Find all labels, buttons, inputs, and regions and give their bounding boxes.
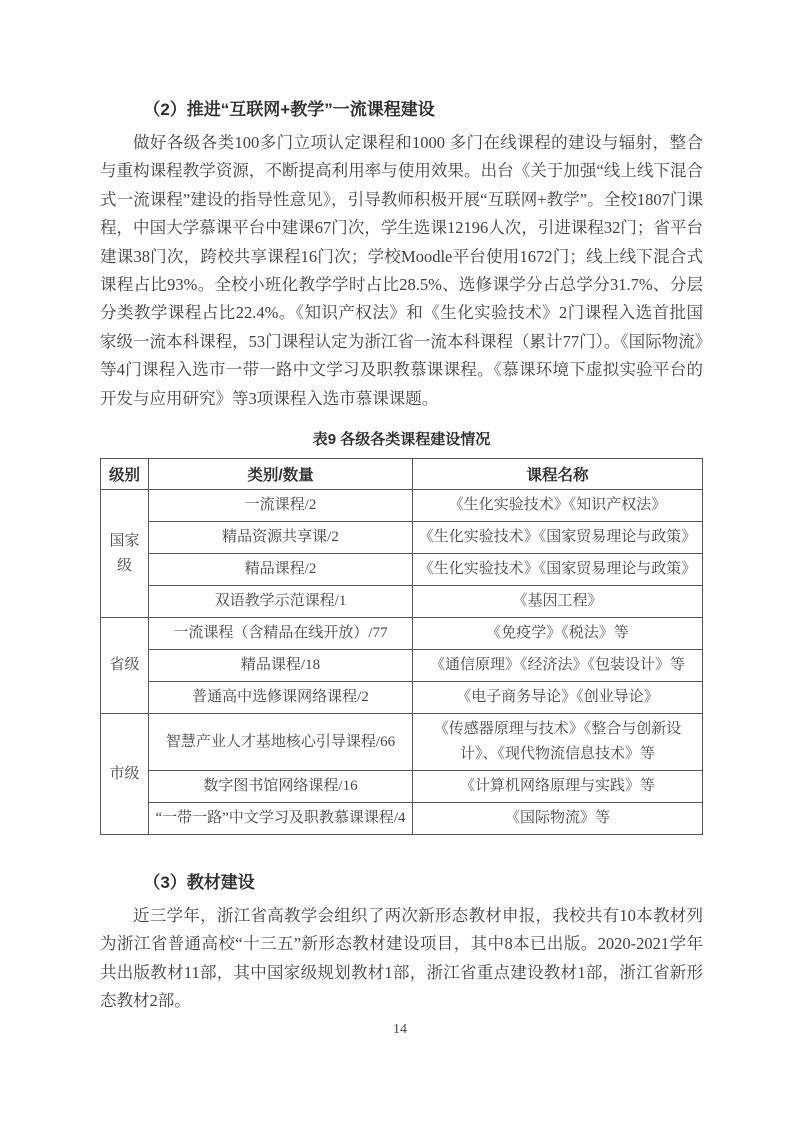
category-cell: 普通高中选修课网络课程/2 [149, 682, 413, 714]
table-row: 精品课程/2 《生化实验技术》《国家贸易理论与政策》 [101, 554, 703, 586]
section-2-paragraph: 做好各级各类100多门立项认定课程和1000 多门在线课程的建设与辐射，整合与重… [100, 129, 703, 413]
level-cell-municipal: 市级 [101, 714, 149, 835]
column-header-category: 类别/数量 [149, 459, 413, 490]
page-number: 14 [0, 1022, 800, 1038]
category-cell: 精品课程/18 [149, 650, 413, 682]
level-cell-national: 国家级 [101, 490, 149, 618]
course-cell: 《免疫学》《税法》等 [413, 618, 703, 650]
category-cell: 智慧产业人才基地核心引导课程/66 [149, 714, 413, 771]
category-cell: 一流课程（含精品在线开放）/77 [149, 618, 413, 650]
table-header-row: 级别 类别/数量 课程名称 [101, 459, 703, 490]
table-row: 数字图书馆网络课程/16 《计算机网络原理与实践》等 [101, 771, 703, 803]
table-row: 市级 智慧产业人才基地核心引导课程/66 《传感器原理与技术》《整合与创新设计》… [101, 714, 703, 771]
table-row: 双语教学示范课程/1 《基因工程》 [101, 586, 703, 618]
course-cell: 《电子商务导论》《创业导论》 [413, 682, 703, 714]
category-cell: 精品资源共享课/2 [149, 522, 413, 554]
level-cell-provincial: 省级 [101, 618, 149, 714]
course-cell: 《通信原理》《经济法》《包装设计》等 [413, 650, 703, 682]
course-cell: 《传感器原理与技术》《整合与创新设计》、《现代物流信息技术》等 [413, 714, 703, 771]
section-2-heading: （2）推进“互联网+教学”一流课程建设 [100, 96, 703, 123]
table-row: 普通高中选修课网络课程/2 《电子商务导论》《创业导论》 [101, 682, 703, 714]
table-row: “一带一路”中文学习及职教慕课课程/4 《国际物流》等 [101, 803, 703, 835]
table-row: 精品课程/18 《通信原理》《经济法》《包装设计》等 [101, 650, 703, 682]
course-cell: 《计算机网络原理与实践》等 [413, 771, 703, 803]
table-9: 级别 类别/数量 课程名称 国家级 一流课程/2 《生化实验技术》《知识产权法》… [100, 458, 703, 835]
column-header-course: 课程名称 [413, 459, 703, 490]
category-cell: 精品课程/2 [149, 554, 413, 586]
category-cell: “一带一路”中文学习及职教慕课课程/4 [149, 803, 413, 835]
category-cell: 一流课程/2 [149, 490, 413, 522]
document-page: （2）推进“互联网+教学”一流课程建设 做好各级各类100多门立项认定课程和10… [0, 0, 800, 1139]
table-row: 省级 一流课程（含精品在线开放）/77 《免疫学》《税法》等 [101, 618, 703, 650]
course-cell: 《生化实验技术》《国家贸易理论与政策》 [413, 522, 703, 554]
course-cell: 《基因工程》 [413, 586, 703, 618]
category-cell: 数字图书馆网络课程/16 [149, 771, 413, 803]
course-cell: 《生化实验技术》《国家贸易理论与政策》 [413, 554, 703, 586]
section-3-heading: （3）教材建设 [100, 869, 703, 896]
course-cell: 《生化实验技术》《知识产权法》 [413, 490, 703, 522]
category-cell: 双语教学示范课程/1 [149, 586, 413, 618]
section-3-paragraph: 近三学年，浙江省高教学会组织了两次新形态教材申报，我校共有10本教材列为浙江省普… [100, 902, 703, 1016]
table-row: 国家级 一流课程/2 《生化实验技术》《知识产权法》 [101, 490, 703, 522]
table-row: 精品资源共享课/2 《生化实验技术》《国家贸易理论与政策》 [101, 522, 703, 554]
table-9-title: 表9 各级各类课程建设情况 [100, 429, 703, 451]
column-header-level: 级别 [101, 459, 149, 490]
course-cell: 《国际物流》等 [413, 803, 703, 835]
